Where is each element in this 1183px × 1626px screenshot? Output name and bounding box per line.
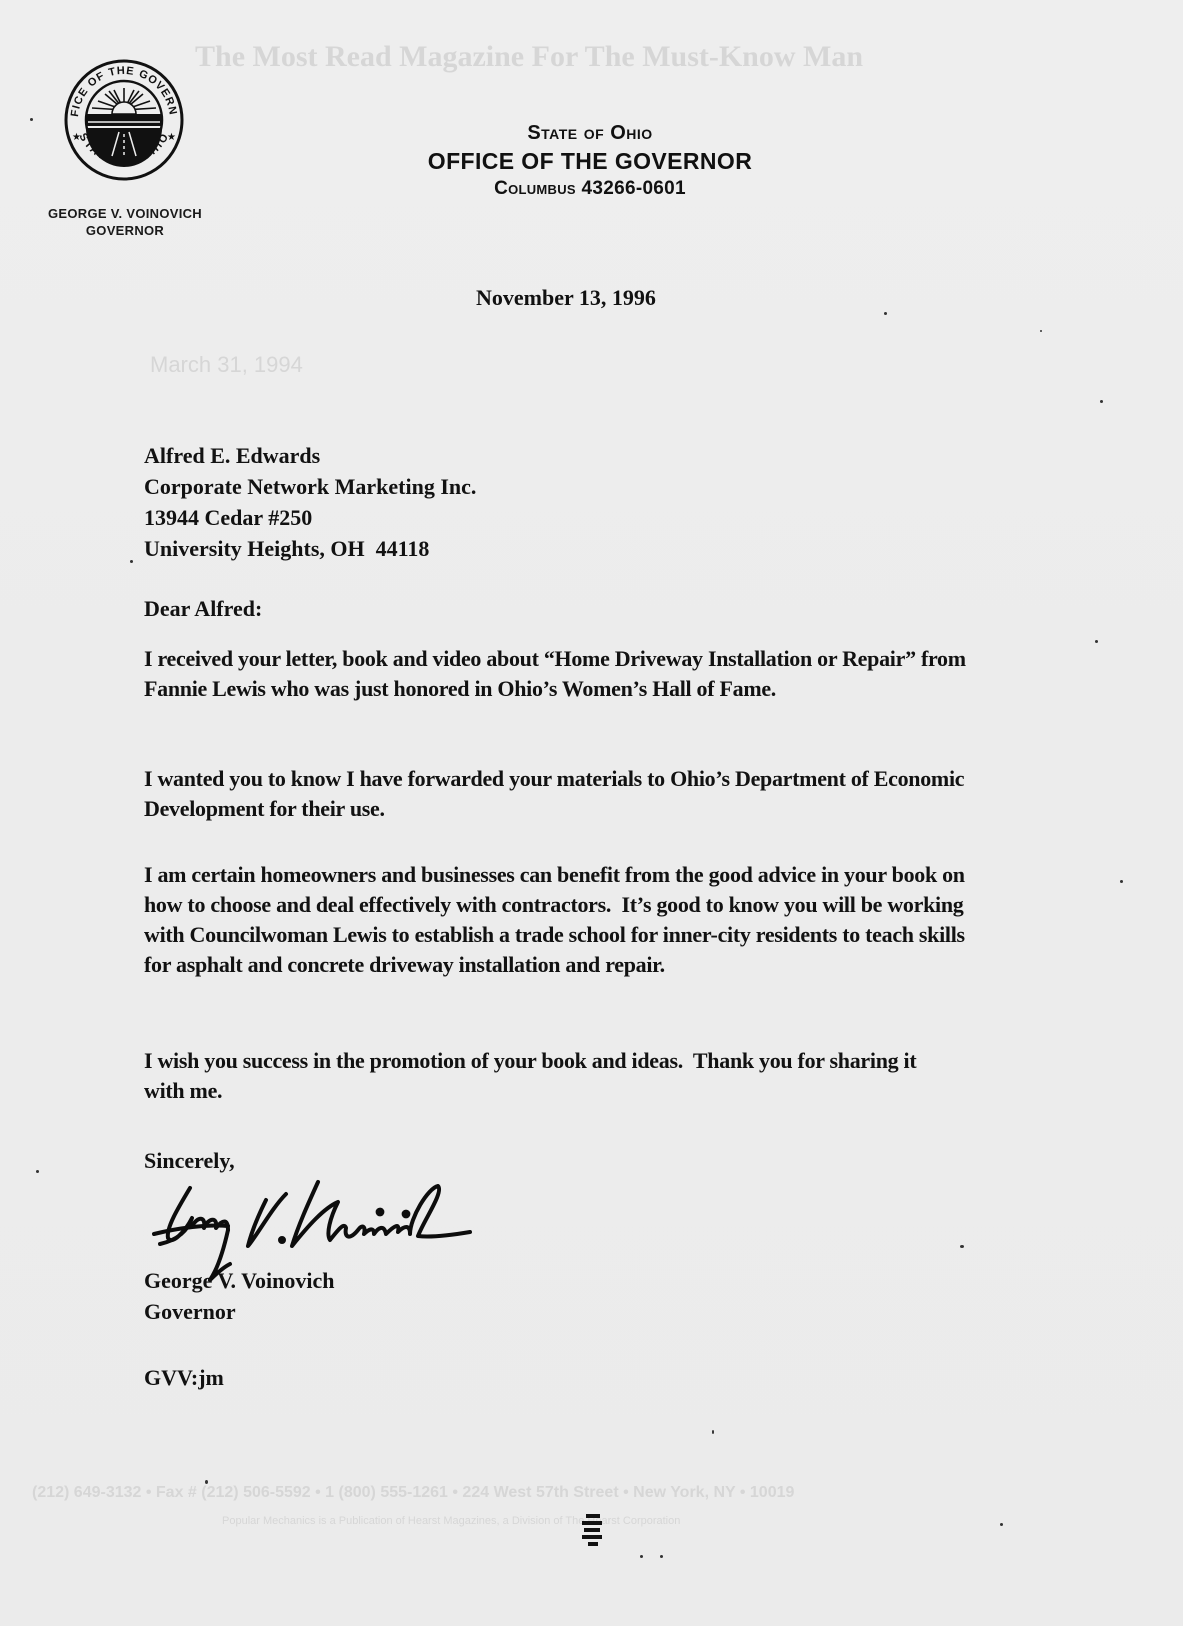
- letterhead-governor-block: George V. Voinovich Governor: [30, 205, 220, 239]
- scan-speck: [1120, 880, 1123, 883]
- letter-date: November 13, 1996: [476, 284, 656, 312]
- signature-block: George V. Voinovich Governor: [144, 1265, 335, 1327]
- scan-speck: [660, 1555, 663, 1558]
- body-paragraph: I am certain homeowners and businesses c…: [144, 860, 994, 980]
- ohio-governor-seal-icon: OFFICE OF THE GOVERNOR STATE OF OHIO ★ ★: [62, 58, 186, 182]
- bleed-through-footer-line1: (212) 649-3132 • Fax # (212) 506-5592 • …: [32, 1484, 794, 1502]
- salutation: Dear Alfred:: [144, 593, 262, 624]
- recipient-company: Corporate Network Marketing Inc.: [144, 471, 476, 502]
- scan-speck: [884, 312, 887, 315]
- bleed-through-footer-line2: Popular Mechanics is a Publication of He…: [222, 1515, 680, 1527]
- recipient-city-state-zip: University Heights, OH 44118: [144, 533, 476, 564]
- scan-speck: [130, 560, 133, 563]
- bleed-through-date: March 31, 1994: [150, 352, 303, 378]
- body-paragraph: I wanted you to know I have forwarded yo…: [144, 764, 994, 824]
- printer-union-mark-icon: [580, 1512, 606, 1548]
- scan-speck: [960, 1245, 964, 1248]
- body-paragraph: I received your letter, book and video a…: [144, 644, 994, 704]
- recipient-name: Alfred E. Edwards: [144, 440, 476, 471]
- scan-speck: [712, 1430, 714, 1434]
- scan-speck: [640, 1555, 643, 1558]
- letterhead-city-zip: Columbus 43266-0601: [380, 176, 800, 202]
- letterhead-governor-name: George V. Voinovich: [30, 205, 220, 222]
- scan-speck: [30, 118, 33, 121]
- scan-speck: [1000, 1523, 1003, 1526]
- svg-text:★: ★: [167, 132, 176, 143]
- scan-speck: [36, 1170, 39, 1173]
- letterhead-state: State of Ohio: [380, 120, 800, 146]
- scan-speck: [1095, 640, 1098, 643]
- scan-speck: [1100, 400, 1103, 403]
- letter-page: The Most Read Magazine For The Must-Know…: [0, 0, 1183, 1626]
- bleed-through-masthead: The Most Read Magazine For The Must-Know…: [195, 40, 863, 74]
- body-paragraph: I wish you success in the promotion of y…: [144, 1046, 944, 1106]
- recipient-street: 13944 Cedar #250: [144, 502, 476, 533]
- scan-speck: [1040, 330, 1042, 332]
- letterhead-office: OFFICE OF THE GOVERNOR: [380, 146, 800, 176]
- signer-name: George V. Voinovich: [144, 1265, 335, 1296]
- signer-title: Governor: [144, 1296, 335, 1327]
- letterhead-governor-title: Governor: [30, 222, 220, 239]
- letterhead: State of Ohio OFFICE OF THE GOVERNOR Col…: [380, 120, 800, 202]
- recipient-address: Alfred E. Edwards Corporate Network Mark…: [144, 440, 476, 564]
- reference-initials: GVV:jm: [144, 1362, 224, 1393]
- svg-text:★: ★: [72, 132, 81, 143]
- scan-speck: [205, 1480, 208, 1484]
